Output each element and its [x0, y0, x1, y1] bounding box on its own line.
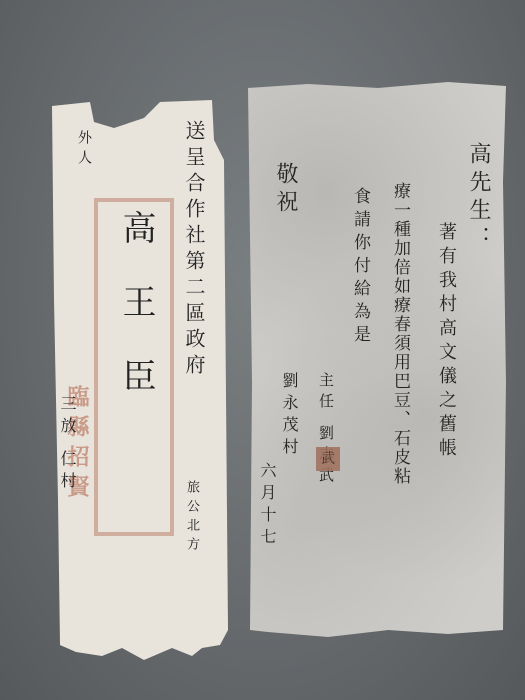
- envelope-side-note: 外人: [74, 130, 94, 170]
- letter-closing: 敬祝: [270, 162, 301, 218]
- envelope: 送呈合作社第二區政府 高王臣 外人 臨縣招賢 三放 仁村 旅公北方: [52, 100, 230, 660]
- red-seal: 武: [316, 447, 340, 471]
- envelope-bottom-note: 旅公北方: [182, 480, 201, 556]
- envelope-sender: 三放 仁村: [56, 395, 79, 494]
- letter-date: 六月十七: [256, 462, 279, 550]
- letter: 高先生： 著有我村高文儀之舊帳 療一種加倍如療春須用巴豆、石皮粘 食請你付給為是…: [248, 82, 506, 637]
- letter-signature-village: 劉永茂村: [278, 372, 301, 460]
- letter-line-3: 食請你付給為是: [348, 187, 373, 348]
- letter-salutation: 高先生：: [463, 142, 494, 254]
- envelope-recipient-name: 高王臣: [112, 210, 161, 510]
- envelope-recipient-address: 送呈合作社第二區政府: [180, 120, 209, 520]
- letter-line-1: 著有我村高文儀之舊帳: [433, 222, 459, 462]
- letter-line-2: 療一種加倍如療春須用巴豆、石皮粘: [388, 182, 413, 486]
